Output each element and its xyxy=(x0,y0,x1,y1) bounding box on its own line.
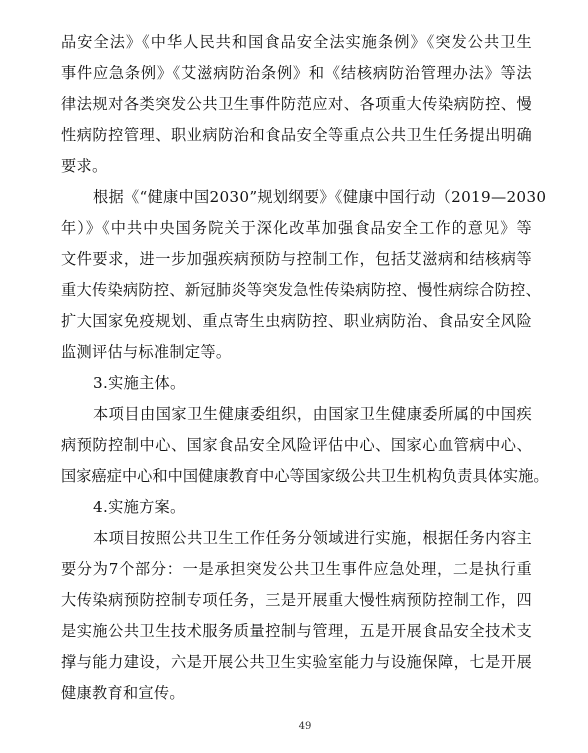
text-line: 要分为7个部分：一是承担突发公共卫生事件应急处理，二是执行重 xyxy=(61,554,532,585)
text-line: 性病防控管理、职业病防治和食品安全等重点公共卫生任务提出明确 xyxy=(61,120,532,151)
text-line: 品安全法》《中华人民共和国食品安全法实施条例》《突发公共卫生 xyxy=(61,27,532,58)
text-line: 扩大国家免疫规划、重点寄生虫病防控、职业病防治、食品安全风险 xyxy=(61,306,532,337)
text-line: 根据《“健康中国2030”规划纲要》《健康中国行动（2019—2030 xyxy=(61,182,532,213)
paragraph-implementing-body: 本项目由国家卫生健康委组织，由国家卫生健康委所属的中国疾 病预防控制中心、国家食… xyxy=(61,399,532,492)
text-line: 撑与能力建设，六是开展公共卫生实验室能力与设施保障，七是开展 xyxy=(61,647,532,678)
text-line: 要求。 xyxy=(61,151,532,182)
paragraph-laws-continuation: 品安全法》《中华人民共和国食品安全法实施条例》《突发公共卫生 事件应急条例》《艾… xyxy=(61,27,532,182)
text-line: 国家癌症中心和中国健康教育中心等国家级公共卫生机构负责具体实施。 xyxy=(61,461,532,492)
section-heading: 3.实施主体。 xyxy=(61,368,532,399)
document-page: 品安全法》《中华人民共和国食品安全法实施条例》《突发公共卫生 事件应急条例》《艾… xyxy=(0,0,588,753)
text-line: 律法规对各类突发公共卫生事件防范应对、各项重大传染病防控、慢 xyxy=(61,89,532,120)
text-line: 监测评估与标准制定等。 xyxy=(61,337,532,368)
section-heading-implementing-body: 3.实施主体。 xyxy=(61,368,532,399)
text-line: 年）》《中共中央国务院关于深化改革加强食品安全工作的意见》等 xyxy=(61,213,532,244)
text-line: 是实施公共卫生技术服务质量控制与管理，五是开展食品安全技术支 xyxy=(61,616,532,647)
body-text: 品安全法》《中华人民共和国食品安全法实施条例》《突发公共卫生 事件应急条例》《艾… xyxy=(61,27,532,709)
text-line: 病预防控制中心、国家食品安全风险评估中心、国家心血管病中心、 xyxy=(61,430,532,461)
text-line: 重大传染病防控、新冠肺炎等突发急性传染病防控、慢性病综合防控、 xyxy=(61,275,532,306)
text-line: 本项目按照公共卫生工作任务分领域进行实施，根据任务内容主 xyxy=(61,523,532,554)
text-line: 事件应急条例》《艾滋病防治条例》和《结核病防治管理办法》等法 xyxy=(61,58,532,89)
section-heading-implementation-plan: 4.实施方案。 xyxy=(61,492,532,523)
text-line: 大传染病预防控制专项任务，三是开展重大慢性病预防控制工作，四 xyxy=(61,585,532,616)
section-heading: 4.实施方案。 xyxy=(61,492,532,523)
text-line: 本项目由国家卫生健康委组织，由国家卫生健康委所属的中国疾 xyxy=(61,399,532,430)
text-line: 文件要求，进一步加强疾病预防与控制工作，包括艾滋病和结核病等 xyxy=(61,244,532,275)
page-number: 49 xyxy=(0,720,588,734)
paragraph-policy-basis: 根据《“健康中国2030”规划纲要》《健康中国行动（2019—2030 年）》《… xyxy=(61,182,532,368)
text-line: 健康教育和宣传。 xyxy=(61,678,532,709)
paragraph-implementation-plan: 本项目按照公共卫生工作任务分领域进行实施，根据任务内容主 要分为7个部分：一是承… xyxy=(61,523,532,709)
